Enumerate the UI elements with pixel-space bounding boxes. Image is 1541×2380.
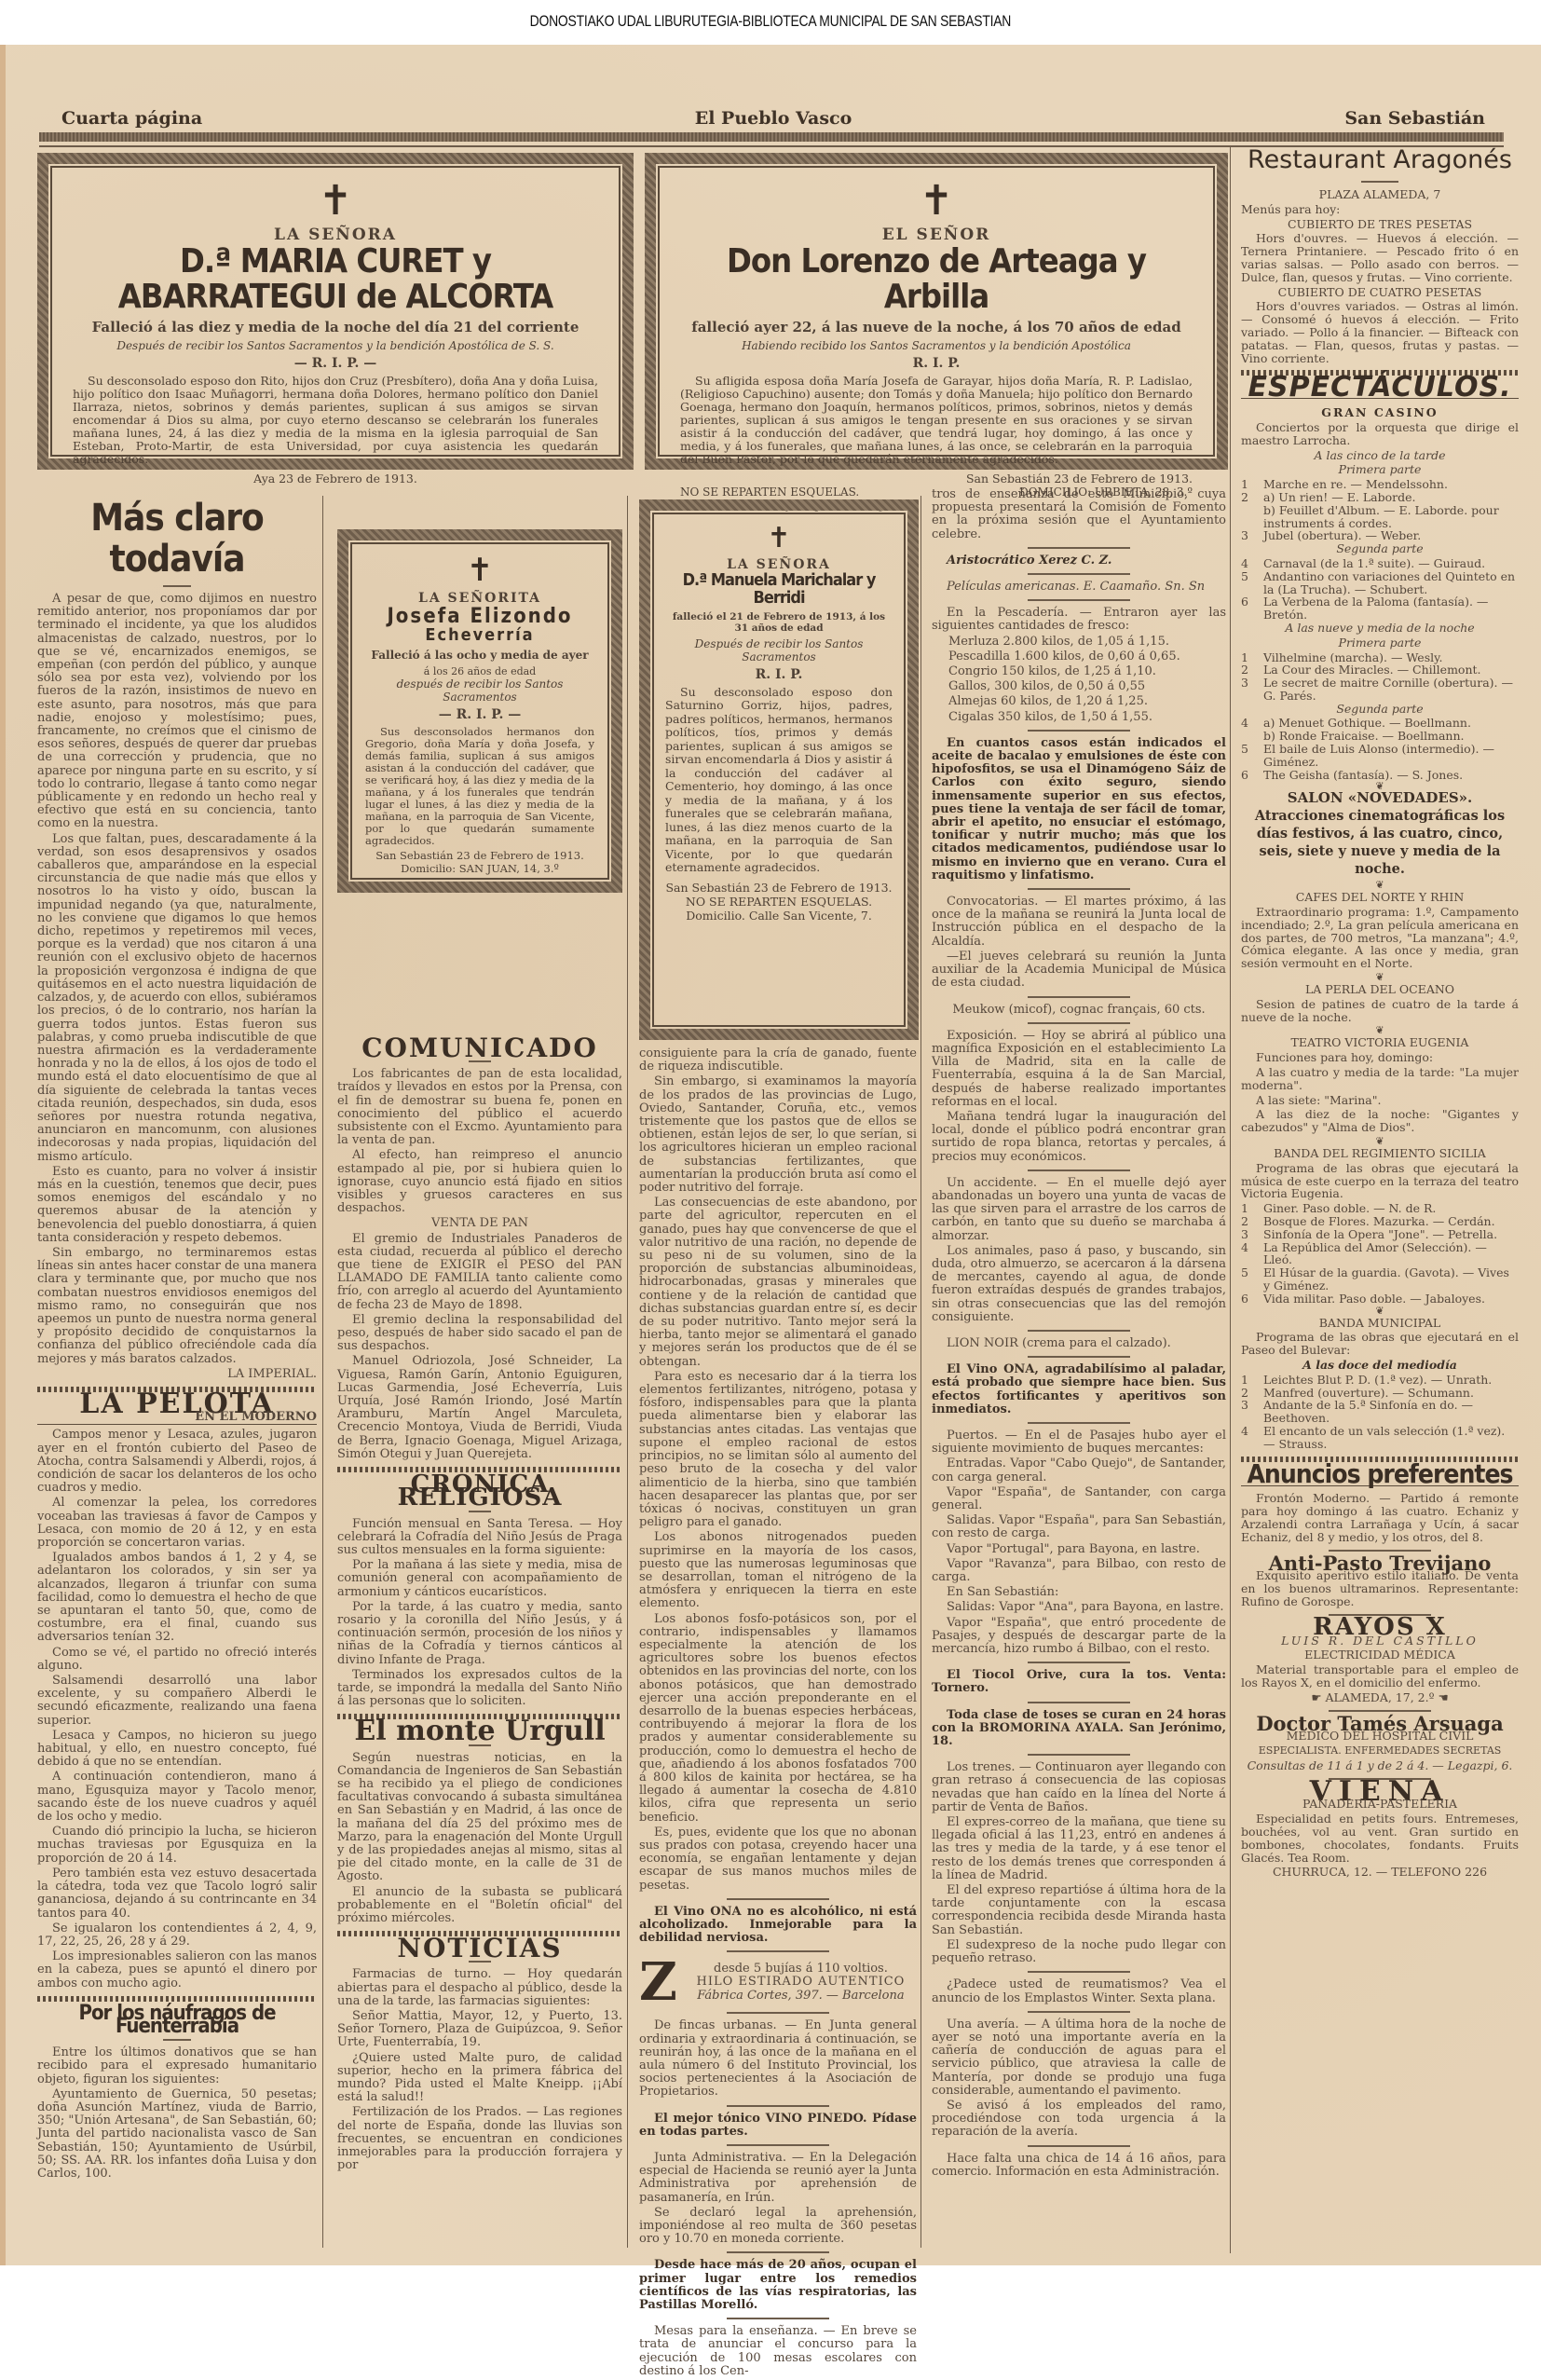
- article-paragraph: —El jueves celebrará su reunión la Junta…: [932, 951, 1226, 991]
- venue-text: Extraordinario programa: 1.º, Campamento…: [1241, 906, 1519, 970]
- venue-title: LA PERLA DEL OCEANO: [1241, 983, 1519, 996]
- program-time: A las doce del mediodía: [1241, 1359, 1519, 1372]
- obituary-sacraments: Después de recibir los Santos Sacramento…: [73, 339, 598, 352]
- article-paragraph: Pero también esta vez estuvo desacertada…: [37, 1867, 317, 1921]
- ad-rayos-name: LUIS R. DEL CASTILLO: [1241, 1635, 1519, 1648]
- obituary-body: Su desconsolado esposo don Rito, hijos d…: [73, 375, 598, 466]
- obituary-died: falleció el 21 de Febrero de 1913, á los…: [665, 611, 893, 634]
- page-number-label: Cuarta página: [61, 108, 202, 129]
- obituary-rip: — R. I. P. —: [365, 707, 594, 722]
- ad-xerez: Aristocrático Xerez C. Z.: [932, 554, 1226, 568]
- obituary-name: D.ª Manuela Marichalar y Berridi: [665, 572, 893, 608]
- article-paragraph: Las consecuencias de este abandono, por …: [639, 1197, 917, 1369]
- menu-title: CUBIERTO DE CUATRO PESETAS: [1241, 286, 1519, 299]
- article-paragraph: Convocatorias. — El martes próximo, á la…: [932, 896, 1226, 949]
- obituary-address: Domicilio. Calle San Vicente, 7.: [665, 909, 893, 923]
- column-2: COMUNICADO Los fabricantes de pan de est…: [337, 1042, 622, 2174]
- ad-line: Fábrica Cortes, 397. — Barcelona: [685, 1990, 917, 2003]
- ad-pastillas-morello: Desde hace más de 20 años, ocupan el pri…: [639, 2259, 917, 2265]
- ad-tiocol: El Tiocol Orive, cura la tos. Venta: Tor…: [932, 1669, 1226, 1695]
- program-item: 4Carnaval (de la 1.ª suite). — Guiraud.: [1241, 557, 1519, 570]
- ad-tames-spec: ESPECIALISTA. ENFERMEDADES SECRETAS: [1241, 1744, 1519, 1758]
- article-paragraph: Los animales, paso á paso, y buscando, s…: [932, 1245, 1226, 1324]
- obituary-rip: R. I. P.: [680, 356, 1193, 371]
- obituary-footer: Aya 23 de Febrero de 1913.: [73, 472, 598, 486]
- program-time: A las cinco de la tarde: [1241, 449, 1519, 462]
- article-paragraph: A pesar de que, como dijimos en nuestro …: [37, 593, 317, 831]
- text-line: Merluza 2.800 kilos, de 1,05 á 1,15.: [948, 636, 1226, 649]
- article-paragraph: Farmacias de turno. — Hoy quedarán abier…: [337, 1968, 622, 2008]
- text-line: Vapor "España", de Santander, con carga …: [932, 1486, 1226, 1512]
- menu-text: Hors d'ouvres. — Huevos á elección. — Te…: [1241, 232, 1519, 283]
- article-paragraph: Un accidente. — En el muelle dejó ayer a…: [932, 1177, 1226, 1243]
- article-headline-comunicado: COMUNICADO: [337, 1042, 622, 1055]
- venue-text: Conciertos por la orquesta que dirige el…: [1241, 421, 1519, 447]
- column-divider: [1230, 147, 1231, 2253]
- text-line: Cigalas 350 kilos, de 1,50 á 1,55.: [948, 711, 1226, 724]
- ad-rayos-sub: ELECTRICIDAD MÉDICA: [1241, 1648, 1519, 1662]
- obituary-prefix: LA SEÑORITA: [365, 591, 594, 606]
- ad-peliculas: Películas americanas. E. Caamaño. Sn. Sn: [932, 581, 1226, 594]
- program-item: 6La Verbena de la Paloma (fantasía). — B…: [1241, 595, 1519, 622]
- article-headline-fuenterrabia: Por los náufragos de Fuenterrabía: [37, 2007, 317, 2033]
- article-paragraph: Hace falta una chica de 14 á 16 años, pa…: [932, 2153, 1226, 2179]
- venue-text: Sesion de patines de cuatro de la tarde …: [1241, 998, 1519, 1024]
- venue-text: Funciones para hoy, domingo:: [1241, 1051, 1519, 1064]
- ad-viena-title: VIENA: [1241, 1785, 1519, 1799]
- text-line: El del expreso repartióse á última hora …: [932, 1884, 1226, 1937]
- article-paragraph: Igualados ambos bandos á 1, 2 y 4, se ad…: [37, 1552, 317, 1644]
- program-part: Segunda parte: [1241, 703, 1519, 716]
- address-text: ALAMEDA, 17, 2.º: [1326, 1690, 1435, 1704]
- cross-icon: ✝: [73, 181, 598, 222]
- program-item: 1Marche en re. — Mendelssohn.: [1241, 478, 1519, 491]
- obituary-curet: ✝ LA SEÑORA D.ª MARIA CURET y ABARRATEGU…: [37, 153, 634, 470]
- obituary-sacraments: después de recibir los Santos Sacramento…: [365, 677, 594, 704]
- text-line: El sudexpreso de la noche pudo llegar co…: [932, 1939, 1226, 1965]
- section-headline-espectaculos: ESPECTÁCULOS.: [1241, 381, 1519, 394]
- article-paragraph: Los abonos nitrogenados pueden suprimirs…: [639, 1531, 917, 1610]
- article-paragraph: Al efecto, han reimpreso el anuncio esta…: [337, 1149, 622, 1215]
- article-paragraph: Exposición. — Hoy se abrirá al público u…: [932, 1030, 1226, 1109]
- program-item: 3Le secret de maitre Cornille (obertura)…: [1241, 677, 1519, 703]
- text-line: En San Sebastián:: [932, 1586, 1226, 1599]
- article-paragraph: Los fabricantes de pan de esta localidad…: [337, 1068, 622, 1147]
- city-label: San Sebastián: [1344, 108, 1485, 129]
- program-list: 1Marche en re. — Mendelssohn.2a) Un rien…: [1241, 478, 1519, 542]
- program-item: 1Leichtes Blut P. D. (1.ª vez). — Unrath…: [1241, 1374, 1519, 1387]
- obituary-arteaga: ✝ EL SEÑOR Don Lorenzo de Arteaga y Arbi…: [645, 153, 1228, 470]
- ad-meukow: Meukow (micof), cognac français, 60 cts.: [932, 1004, 1226, 1017]
- article-signature: LA IMPERIAL.: [37, 1368, 317, 1381]
- obituary-footer: San Sebastián 23 de Febrero de 1913.: [680, 472, 1193, 486]
- obituary-prefix: EL SEÑOR: [680, 226, 1193, 244]
- ad-line: HILO ESTIRADO AUTENTICO: [685, 1976, 917, 1989]
- article-paragraph: Sin embargo, si examinamos la mayoría de…: [639, 1075, 917, 1195]
- archive-banner-text: DONOSTIAKO UDAL LIBURUTEGIA-BIBLIOTECA M…: [530, 12, 1011, 31]
- program-item: 4El encanto de un vals selección (1.ª ve…: [1241, 1425, 1519, 1451]
- program-item: 5El baile de Luis Alonso (intermedio). —…: [1241, 743, 1519, 769]
- text-line: Vapor "Ravanza", para Bilbao, con resto …: [932, 1558, 1226, 1584]
- text-line: Salidas: Vapor "Ana", para Bayona, en la…: [932, 1601, 1226, 1614]
- column-1: Más claro todavía A pesar de que, como d…: [37, 498, 317, 2182]
- article-paragraph: Como se vé, el partido no ofreció interé…: [37, 1647, 317, 1673]
- restaurant-address: PLAZA ALAMEDA, 7: [1241, 188, 1519, 201]
- article-paragraph: A continuación contendieron, mano á mano…: [37, 1771, 317, 1824]
- article-paragraph: Los que faltan, pues, descaradamente á l…: [37, 833, 317, 1164]
- text-line: Entradas. Vapor "Cabo Quejo", de Santand…: [932, 1457, 1226, 1484]
- venue-title: CAFES DEL NORTE Y RHIN: [1241, 891, 1519, 904]
- article-paragraph: Lesaca y Campos, no hicieron su juego ha…: [37, 1730, 317, 1770]
- obituary-name: Josefa Elizondo: [365, 606, 594, 627]
- article-paragraph: Por la mañana á las siete y media, misa …: [337, 1559, 622, 1599]
- article-paragraph: Señor Mattia, Mayor, 12, y Puerto, 13. S…: [337, 2010, 622, 2050]
- text-line: El expres-correo de la mañana, que tiene…: [932, 1816, 1226, 1882]
- obituary-died: Falleció á las diez y media de la noche …: [73, 319, 598, 335]
- article-paragraph: El gremio declina la responsabilidad del…: [337, 1314, 622, 1354]
- article-paragraph: El anuncio de la subasta se publicará pr…: [337, 1886, 622, 1926]
- obituary-address: Domicilio: SAN JUAN, 14, 3.º: [365, 862, 594, 875]
- program-time: A las nueve y media de la noche: [1241, 622, 1519, 635]
- article-headline-pelota: LA PELOTA: [37, 1398, 317, 1411]
- article-paragraph: Los abonos fosfo-potásicos son, por el c…: [639, 1613, 917, 1825]
- cross-icon: ✝: [365, 554, 594, 587]
- article-paragraph: Terminados los expresados cultos de la t…: [337, 1669, 622, 1709]
- puertos-section: Puertos. — En el de Pasajes hubo ayer el…: [932, 1429, 1226, 1656]
- z-logo-icon: Z: [639, 1958, 677, 2006]
- column-4: tros de enseñanza de este Municipio, cuy…: [932, 488, 1226, 2181]
- venue-text: A las diez de la noche: "Gigantes y cabe…: [1241, 1108, 1519, 1134]
- article-paragraph: Por la tarde, á las cuatro y media, sant…: [337, 1601, 622, 1667]
- ad-dinamogeno: En cuantos casos están indicados el acei…: [932, 737, 1226, 882]
- ad-viena-text: Especialidad en petits fours. Entremeses…: [1241, 1812, 1519, 1864]
- obituary-name: Don Lorenzo de Arteaga y Arbilla: [680, 244, 1193, 315]
- article-paragraph: Se declaró legal la aprehensión, imponié…: [639, 2207, 917, 2247]
- article-paragraph: El gremio de Industriales Panaderos de e…: [337, 1233, 622, 1312]
- article-paragraph: Junta Administrativa. — En la Delegación…: [639, 2152, 917, 2205]
- article-paragraph: tros de enseñanza de este Municipio, cuy…: [932, 488, 1226, 541]
- program-item: 4La República del Amor (Selección). — Ll…: [1241, 1241, 1519, 1267]
- masthead-rule: [39, 132, 1504, 142]
- venue-text: A las siete: "Marina".: [1241, 1094, 1519, 1107]
- program-item: 4a) Menuet Gothique. — Boellmann.: [1241, 717, 1519, 730]
- section-title: VENTA DE PAN: [337, 1217, 622, 1230]
- program-list: 1Vilhelmine (marcha). — Wesly.2La Cour d…: [1241, 651, 1519, 703]
- obituary-marichalar: ✝ LA SEÑORA D.ª Manuela Marichalar y Ber…: [639, 499, 919, 1040]
- masthead: Cuarta página El Pueblo Vasco San Sebast…: [61, 101, 1485, 129]
- program-item: b) Feuillet d'Album. — E. Laborde. pour …: [1241, 504, 1519, 530]
- venue-title: TEATRO VICTORIA EUGENIA: [1241, 1036, 1519, 1049]
- obituary-notice: NO SE REPARTEN ESQUELAS.: [665, 895, 893, 909]
- menu-title: CUBIERTO DE TRES PESETAS: [1241, 218, 1519, 231]
- obituary-body: Su afligida esposa doña María Josefa de …: [680, 375, 1193, 466]
- article-paragraph: Cuando dió principio la lucha, se hicier…: [37, 1826, 317, 1866]
- program-item: b) Ronde Fraicaise. — Boellmann.: [1241, 730, 1519, 743]
- article-headline-urgull: El monte Urgull: [337, 1725, 622, 1738]
- ad-winter: ¿Padece usted de reumatismos? Vea el anu…: [932, 1978, 1226, 2004]
- article-paragraph: Se igualaron los contendientes á 2, 4, 9…: [37, 1922, 317, 1949]
- obituary-name: D.ª MARIA CURET y ABARRATEGUI de ALCORTA: [73, 244, 598, 315]
- obituary-notice: NO SE REPARTEN ESQUELAS.: [680, 486, 859, 499]
- program-list: 1Giner. Paso doble. — N. de R.2Bosque de…: [1241, 1202, 1519, 1305]
- text-line: Almejas 60 kilos, de 1,20 á 1,25.: [948, 695, 1226, 708]
- program-item: 3Jubel (obertura). — Weber.: [1241, 529, 1519, 542]
- program-item: 6The Geisha (fantasía). — S. Jones.: [1241, 769, 1519, 782]
- text-line: Vapor "España", que entró procedente de …: [932, 1617, 1226, 1657]
- menu-label: Menús para hoy:: [1241, 203, 1519, 216]
- program-item: 2Bosque de Flores. Mazurka. — Cerdán.: [1241, 1215, 1519, 1228]
- obituary-sacraments: Habiendo recibido los Santos Sacramentos…: [680, 339, 1193, 352]
- program-part: Primera parte: [1241, 636, 1519, 650]
- article-paragraph: Sin embargo, no terminaremos estas línea…: [37, 1247, 317, 1366]
- column-divider: [921, 496, 921, 2248]
- article-paragraph: Al comenzar la pelea, los corredores voc…: [37, 1497, 317, 1550]
- venue-text: Programa de las obras que ejecutará en e…: [1241, 1331, 1519, 1357]
- trenes-section: Los trenes. — Continuaron ayer llegando …: [932, 1761, 1226, 1965]
- venue-title: GRAN CASINO: [1241, 406, 1519, 419]
- obituary-rip: — R. I. P. —: [73, 356, 598, 371]
- article-paragraph: Es, pues, evidente que los que no abonan…: [639, 1826, 917, 1893]
- article-paragraph: Mañana tendrá lugar la inauguración del …: [932, 1111, 1226, 1164]
- obituary-body: Sus desconsolados hermanos don Gregorio,…: [365, 726, 594, 847]
- article-paragraph: Función mensual en Santa Teresa. — Hoy c…: [337, 1518, 622, 1558]
- ad-rayos-text: Material transportable para el empleo de…: [1241, 1663, 1519, 1689]
- article-paragraph: Los impresionables salieron con las mano…: [37, 1950, 317, 1990]
- cross-icon: ✝: [680, 181, 1193, 222]
- ad-vino-ona: El Vino ONA no es alcohólico, ni está al…: [639, 1906, 917, 1946]
- obituary-name-2: Echeverría: [365, 627, 594, 645]
- program-item: 2a) Un rien! — E. Laborde.: [1241, 491, 1519, 504]
- text-line: Vapor "Portugal", para Bayona, en lastre…: [932, 1543, 1226, 1556]
- program-item: 2Manfred (ouverture). — Schumann.: [1241, 1387, 1519, 1400]
- program-item: 6Vida militar. Paso doble. — Jabaloyes.: [1241, 1293, 1519, 1306]
- fish-price-list: Merluza 2.800 kilos, de 1,05 á 1,15.Pesc…: [932, 636, 1226, 724]
- ad-bromorina: Toda clase de toses se curan en 24 horas…: [932, 1709, 1226, 1749]
- venue-title: SALON «NOVEDADES».: [1241, 792, 1519, 805]
- article-paragraph: consiguiente para la cría de ganado, fue…: [639, 1047, 917, 1074]
- column-divider: [322, 496, 323, 2248]
- article-paragraph: Salsamendi desarrolló una labor excelent…: [37, 1675, 317, 1728]
- section-headline-anuncios: Anuncios preferentes: [1241, 1468, 1519, 1481]
- article-paragraph: Según nuestras noticias, en la Comandanc…: [337, 1752, 622, 1884]
- obituary-prefix: LA SEÑORA: [73, 226, 598, 244]
- ad-restaurant-title: Restaurant Aragonés: [1241, 145, 1519, 175]
- program-list: 4a) Menuet Gothique. — Boellmann.b) Rond…: [1241, 717, 1519, 781]
- article-paragraph: Entre los últimos donativos que se han r…: [37, 2046, 317, 2086]
- program-item: 3Sinfonía de la Opera "Jone". — Petrella…: [1241, 1228, 1519, 1241]
- ad-hilo-estirado: Z desde 5 bujías á 110 voltios. HILO EST…: [639, 1958, 917, 2006]
- program-item: 5El Húsar de la guardia. (Gavota). — Viv…: [1241, 1266, 1519, 1293]
- article-paragraph: En la Pescadería. — Entraron ayer las si…: [932, 607, 1226, 633]
- ad-viena-sub: PANADERIA-PASTELERIA: [1241, 1798, 1519, 1811]
- ad-fronton: Frontón Moderno. — Partido á remonte par…: [1241, 1492, 1519, 1543]
- pointing-hand-icon: ☛: [1311, 1690, 1325, 1704]
- obituary-footer: San Sebastián 23 de Febrero de 1913.: [365, 849, 594, 862]
- cross-icon: ✝: [665, 524, 893, 554]
- article-paragraph: Una avería. — A última hora de la noche …: [932, 2018, 1226, 2098]
- column-5: Restaurant Aragonés PLAZA ALAMEDA, 7 Men…: [1241, 145, 1519, 1881]
- ad-antipasto-text: Exquisito aperitivo estilo italiano. De …: [1241, 1569, 1519, 1607]
- text-line: Salidas. Vapor "España", para San Sebast…: [932, 1514, 1226, 1540]
- menu-text: Hors d'ouvres variados. — Ostras al limó…: [1241, 300, 1519, 364]
- article-headline-mas-claro: Más claro todavía: [37, 498, 317, 580]
- program-item: 3Andante de la 5.ª Sinfonía en do. — Bee…: [1241, 1399, 1519, 1425]
- archive-banner: DONOSTIAKO UDAL LIBURUTEGIA-BIBLIOTECA M…: [0, 0, 1541, 43]
- article-paragraph: Fertilización de los Prados. — Las regio…: [337, 2106, 622, 2172]
- article-paragraph: ¿Quiere usted Malte puro, de calidad sup…: [337, 2052, 622, 2105]
- program-item: 1Giner. Paso doble. — N. de R.: [1241, 1202, 1519, 1215]
- text-line: Congrio 150 kilos, de 1,25 á 1,10.: [948, 665, 1226, 678]
- ad-tames-title: Doctor Tamés Arsuaga: [1241, 1717, 1519, 1730]
- ad-rayos-title: RAYOS X: [1241, 1621, 1519, 1635]
- obituary-elizondo: ✝ LA SEÑORITA Josefa Elizondo Echeverría…: [337, 529, 622, 893]
- program-item: 2La Cour des Miracles. — Chillemont.: [1241, 663, 1519, 677]
- obituary-age: á los 26 años de edad: [365, 665, 594, 677]
- ad-line: desde 5 bujías á 110 voltios.: [685, 1963, 917, 1976]
- obituary-sacraments: Después de recibir los Santos Sacramento…: [665, 637, 893, 663]
- ad-antipasto-title: Anti-Pasto Trevijano: [1241, 1557, 1519, 1570]
- venue-title: BANDA DEL REGIMIENTO SICILIA: [1241, 1147, 1519, 1160]
- program-list: 4Carnaval (de la 1.ª suite). — Guiraud.5…: [1241, 557, 1519, 622]
- text-line: Puertos. — En el de Pasajes hubo ayer el…: [932, 1429, 1226, 1456]
- article-paragraph: Para esto es necesario dar á la tierra l…: [639, 1371, 917, 1529]
- article-headline-noticias: NOTICIAS: [337, 1942, 622, 1955]
- venue-text: A las cuatro y media de la tarde: "La mu…: [1241, 1066, 1519, 1092]
- newspaper-title: El Pueblo Vasco: [695, 108, 852, 129]
- ad-vino-pinedo: El mejor tónico VINO PINEDO. Pídase en t…: [639, 2113, 917, 2139]
- venue-text: Programa de las obras que ejecutará la m…: [1241, 1162, 1519, 1200]
- ad-tames-hours: Consultas de 11 á 1 y de 2 á 4. — Legazp…: [1241, 1759, 1519, 1772]
- ad-vino-ona-2: El Vino ONA, agradabilísimo al paladar, …: [932, 1363, 1226, 1416]
- column-3: consiguiente para la cría de ganado, fue…: [639, 1047, 917, 2265]
- article-paragraph: Esto es cuanto, para no volver á insisti…: [37, 1166, 317, 1245]
- article-paragraph: De fincas urbanas. — En Junta general or…: [639, 2019, 917, 2099]
- obituary-died: Falleció á las ocho y media de ayer: [365, 649, 594, 662]
- obituary-body: Su desconsolado esposo don Saturnino Gor…: [665, 686, 893, 875]
- obituary-died: falleció ayer 22, á las nueve de la noch…: [680, 319, 1193, 335]
- program-item: 1Vilhelmine (marcha). — Wesly.: [1241, 651, 1519, 664]
- obituary-rip: R. I. P.: [665, 667, 893, 682]
- program-list: 1Leichtes Blut P. D. (1.ª vez). — Unrath…: [1241, 1374, 1519, 1451]
- text-line: Pescadilla 1.600 kilos, de 0,60 á 0,65.: [948, 650, 1226, 663]
- ad-lion-noir: LION NOIR (crema para el calzado).: [932, 1337, 1226, 1350]
- program-part: Primera parte: [1241, 463, 1519, 476]
- text-line: Gallos, 300 kilos, de 0,50 á 0,55: [948, 680, 1226, 693]
- program-part: Segunda parte: [1241, 542, 1519, 555]
- article-paragraph: Ayuntamiento de Guernica, 50 pesetas; do…: [37, 2088, 317, 2181]
- article-paragraph: Se avisó á los empleados del ramo, proce…: [932, 2100, 1226, 2140]
- text-line: Los trenes. — Continuaron ayer llegando …: [932, 1761, 1226, 1814]
- article-headline-cronica: CRONICA RELIGIOSA: [337, 1478, 622, 1504]
- article-paragraph: Campos menor y Lesaca, azules, jugaron a…: [37, 1429, 317, 1495]
- column-divider: [627, 496, 628, 2248]
- obituary-footer: San Sebastián 23 de Febrero de 1913.: [665, 881, 893, 895]
- ad-rayos-address: ☛ ALAMEDA, 17, 2.º ☚: [1241, 1691, 1519, 1704]
- venue-text: Atracciones cinematográficas los días fe…: [1241, 807, 1519, 878]
- venue-title: BANDA MUNICIPAL: [1241, 1317, 1519, 1330]
- newspaper-page: Cuarta página El Pueblo Vasco San Sebast…: [0, 45, 1541, 2265]
- program-item: 5Andantino con variaciones del Quinteto …: [1241, 570, 1519, 596]
- pointing-hand-icon: ☚: [1434, 1690, 1448, 1704]
- article-paragraph: Manuel Odriozola, José Schneider, La Vig…: [337, 1355, 622, 1461]
- ad-viena-address: CHURRUCA, 12. — TELEFONO 226: [1241, 1866, 1519, 1879]
